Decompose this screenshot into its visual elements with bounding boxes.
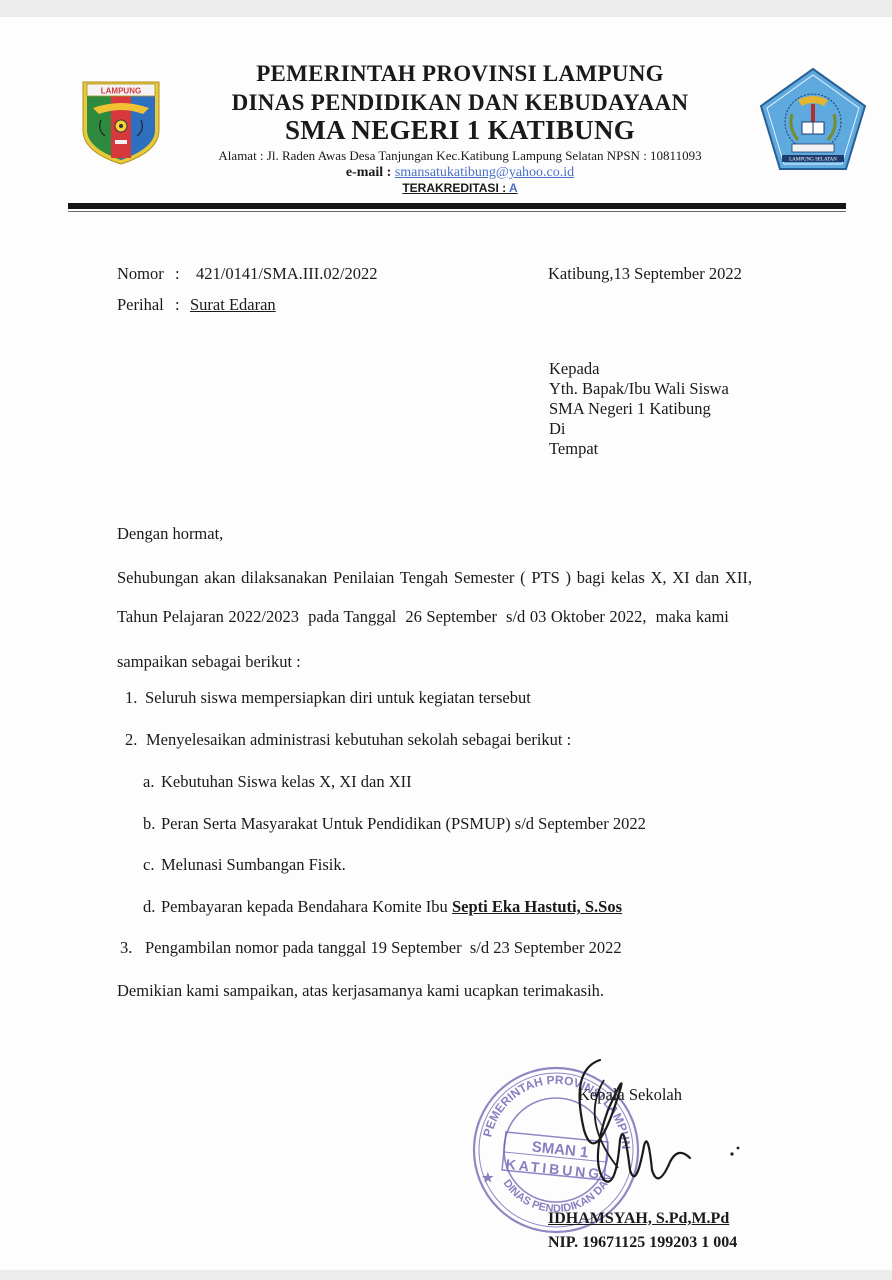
- sub-item: Pembayaran kepada Bendahara Komite Ibu: [161, 897, 448, 916]
- sub-item: Kebutuhan Siswa kelas X, XI dan XII: [161, 774, 412, 791]
- sub-item-marker: c.: [143, 857, 154, 874]
- school-pentagon-emblem-icon: LAMPUNG SELATAN: [758, 66, 868, 172]
- paragraph-line: sampaikan sebagai berikut :: [117, 654, 301, 671]
- nomor-label: Nomor: [117, 266, 164, 283]
- letterhead-rule-thin: [68, 211, 846, 212]
- sub-item-marker: d.: [143, 899, 155, 916]
- greeting: Dengan hormat,: [117, 526, 223, 543]
- addressee-line: SMA Negeri 1 Katibung: [549, 399, 729, 419]
- list-item-marker: 2.: [125, 732, 137, 749]
- perihal-label: Perihal: [117, 297, 164, 314]
- addressee-line: Di: [549, 419, 729, 439]
- addressee-line: Yth. Bapak/Ibu Wali Siswa: [549, 379, 729, 399]
- letterhead-government: PEMERINTAH PROVINSI LAMPUNG: [170, 62, 750, 85]
- principal-name: IDHAMSYAH, S.Pd,M.Pd: [548, 1210, 729, 1228]
- accreditation-label: TERAKREDITASI :: [402, 181, 506, 195]
- email-label: e-mail :: [346, 165, 391, 180]
- accreditation: TERAKREDITASI : A: [170, 181, 750, 195]
- list-item-marker: 3.: [120, 940, 132, 957]
- svg-text:LAMPUNG SELATAN: LAMPUNG SELATAN: [789, 158, 837, 163]
- perihal-separator: :: [175, 297, 180, 314]
- perihal-value: Surat Edaran: [190, 297, 276, 314]
- accreditation-grade: A: [509, 181, 518, 195]
- email-link[interactable]: smansatukatibung@yahoo.co.id: [395, 165, 574, 180]
- treasurer-name: Septi Eka Hastuti, S.Sos: [452, 897, 622, 916]
- nomor-value: 421/0141/SMA.III.02/2022: [196, 266, 378, 283]
- svg-text:LAMPUNG: LAMPUNG: [101, 87, 141, 96]
- letterhead-email-row: e-mail : smansatukatibung@yahoo.co.id: [170, 165, 750, 181]
- lampung-province-crest-icon: LAMPUNG: [79, 78, 163, 166]
- sub-item-marker: a.: [143, 774, 154, 791]
- list-item-marker: 1.: [125, 690, 137, 707]
- nomor-separator: :: [175, 266, 180, 283]
- addressee-line: Tempat: [549, 439, 729, 459]
- addressee-block: Kepada Yth. Bapak/Ibu Wali Siswa SMA Neg…: [549, 359, 729, 459]
- place-date: Katibung,13 September 2022: [548, 266, 742, 283]
- closing: Demikian kami sampaikan, atas kerjasaman…: [117, 983, 604, 1000]
- addressee-line: Kepada: [549, 359, 729, 379]
- principal-nip: NIP. 19671125 199203 1 004: [548, 1234, 737, 1252]
- list-item: Seluruh siswa mempersiapkan diri untuk k…: [145, 690, 531, 707]
- letterhead: PEMERINTAH PROVINSI LAMPUNG DINAS PENDID…: [170, 62, 750, 195]
- svg-text:★: ★: [482, 1170, 494, 1185]
- paragraph-line: Tahun Pelajaran 2022/2023 pada Tanggal 2…: [117, 609, 729, 626]
- letterhead-rule-thick: [68, 203, 846, 209]
- letterhead-address: Alamat : Jl. Raden Awas Desa Tanjungan K…: [170, 148, 750, 164]
- sub-item: Melunasi Sumbangan Fisik.: [161, 857, 346, 874]
- sub-item: Peran Serta Masyarakat Untuk Pendidikan …: [161, 816, 646, 833]
- sub-item-d: Pembayaran kepada Bendahara Komite Ibu S…: [161, 899, 622, 916]
- list-item: Pengambilan nomor pada tanggal 19 Septem…: [145, 940, 622, 957]
- sub-item-marker: b.: [143, 816, 155, 833]
- letterhead-department: DINAS PENDIDIKAN DAN KEBUDAYAAN: [170, 91, 750, 114]
- viewer-bottom-bar: [0, 1270, 892, 1280]
- list-item: Menyelesaikan administrasi kebutuhan sek…: [146, 732, 571, 749]
- handwritten-signature-icon: [560, 1050, 760, 1210]
- letterhead-school-name: SMA NEGERI 1 KATIBUNG: [170, 117, 750, 144]
- paragraph-line: Sehubungan akan dilaksanakan Penilaian T…: [117, 570, 752, 587]
